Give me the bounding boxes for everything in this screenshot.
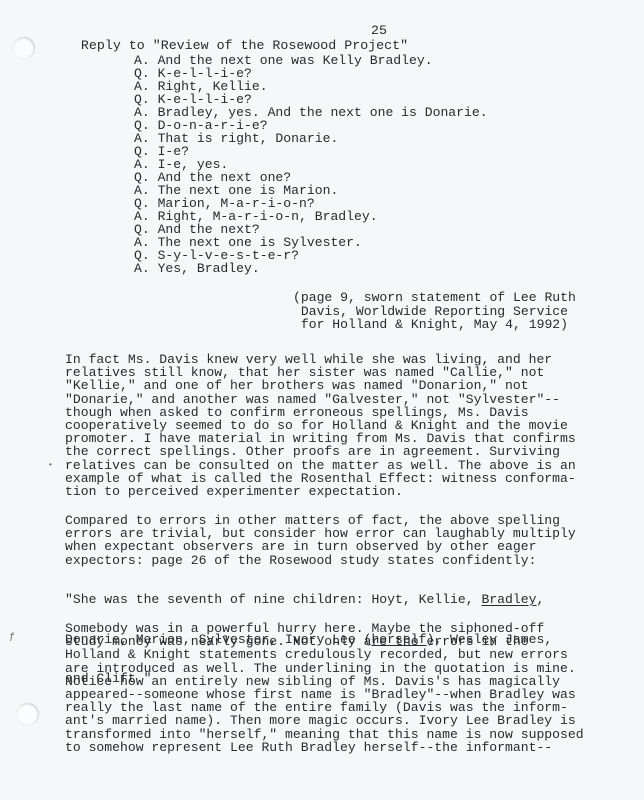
text-line: Davis, Worldwide Reporting Service [293, 305, 576, 319]
text-line: though when asked to confirm erroneous s… [65, 406, 576, 419]
margin-mark: ƒ [9, 632, 15, 643]
header-title: Reply to "Review of the Rosewood Project… [81, 38, 408, 53]
text-line: "Donarie," and another was named "Galves… [65, 393, 576, 406]
text-line: to somehow represent Lee Ruth Bradley he… [65, 741, 584, 754]
transcript-citation: (page 9, sworn statement of Lee Ruth Dav… [293, 291, 576, 332]
underlined-bradley: Bradley [481, 592, 536, 607]
text-line: when expectant observers are in turn obs… [65, 540, 576, 553]
text-line: ant's married name). Then more magic occ… [65, 714, 584, 727]
text-line: A. Yes, Bradley. [134, 262, 488, 275]
margin-speck: • [48, 461, 53, 470]
text-line: Notice how an entirely new sibling of Ms… [65, 675, 584, 688]
quote-line: "She was the seventh of nine children: H… [65, 593, 576, 606]
punch-hole-bottom [17, 703, 39, 725]
text-line: expectors: page 26 of the Rosewood study… [65, 554, 576, 567]
text-line: "Kellie," and one of her brothers was na… [65, 379, 576, 392]
document-page: • ƒ Reply to "Review of the Rosewood Pro… [0, 0, 644, 800]
paragraph-rosenthal-effect: In fact Ms. Davis knew very well while s… [65, 353, 576, 498]
text-line: relatives can be consulted on the matter… [65, 459, 576, 472]
text-line: the correct spellings. Other proofs are … [65, 445, 576, 458]
page-number: 25 [371, 23, 387, 38]
transcript-excerpt: A. And the next one was Kelly Bradley.Q.… [134, 54, 488, 275]
paragraph-hurry: Somebody was in a powerful hurry here. M… [65, 622, 584, 754]
text-line: tion to perceived experimenter expectati… [65, 485, 576, 498]
text-line: (page 9, sworn statement of Lee Ruth [293, 291, 576, 305]
text-line: example of what is called the Rosenthal … [65, 472, 576, 485]
text-line: transformed into "herself," meaning that… [65, 728, 584, 741]
text-line: are introduced as well. The underlining … [65, 662, 584, 675]
text-line: Holland & Knight statements credulously … [65, 648, 584, 661]
text-line: for Holland & Knight, May 4, 1992) [293, 318, 576, 332]
punch-hole-top [13, 37, 35, 59]
